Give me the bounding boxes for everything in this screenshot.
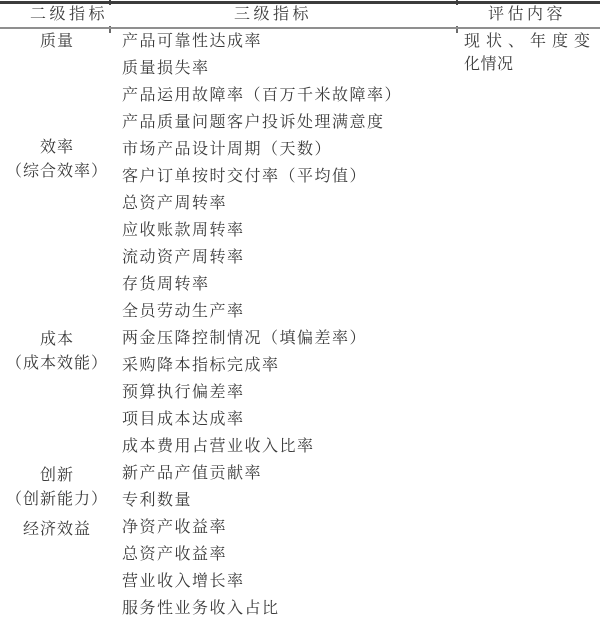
level3-row: 预算执行偏差率 xyxy=(122,379,402,406)
level2-group-innovation: 创新 （创新能力） xyxy=(0,464,114,512)
level3-row: 产品质量问题客户投诉处理满意度 xyxy=(122,109,402,136)
level3-row: 总资产周转率 xyxy=(122,190,402,217)
table-header-row: 二级指标 三级指标 评估内容 xyxy=(0,3,600,27)
level2-label: 成本 xyxy=(0,328,114,352)
level3-row: 新产品产值贡献率 xyxy=(122,460,402,487)
level3-row: 总资产收益率 xyxy=(122,541,402,568)
level3-row: 专利数量 xyxy=(122,487,402,514)
level2-label: 质量 xyxy=(0,28,114,55)
level3-row: 服务性业务收入占比 xyxy=(122,595,402,622)
level3-row: 市场产品设计周期（天数） xyxy=(122,136,402,163)
evaluation-content: 现状、年度变 化情况 xyxy=(464,30,596,76)
level3-row: 净资产收益率 xyxy=(122,514,402,541)
level3-row: 两金压降控制情况（填偏差率） xyxy=(122,325,402,352)
level3-row: 产品运用故障率（百万千米故障率） xyxy=(122,82,402,109)
level2-group-quality: 质量 xyxy=(0,28,114,55)
level3-row: 客户订单按时交付率（平均值） xyxy=(122,163,402,190)
level3-row: 采购降本指标完成率 xyxy=(122,352,402,379)
level2-sublabel: （成本效能） xyxy=(0,352,114,376)
level3-row: 项目成本达成率 xyxy=(122,406,402,433)
level3-row: 成本费用占营业收入比率 xyxy=(122,433,402,460)
level3-row: 应收账款周转率 xyxy=(122,217,402,244)
level2-label: 经济效益 xyxy=(0,516,114,543)
level2-label: 创新 xyxy=(0,464,114,488)
evaluation-line: 现状、年度变 xyxy=(464,30,596,53)
level3-row: 存货周转率 xyxy=(122,271,402,298)
header-level3-indicator: 三级指标 xyxy=(234,3,312,27)
header-level2-indicator: 二级指标 xyxy=(30,3,108,27)
level2-sublabel: （创新能力） xyxy=(0,488,114,512)
level2-group-economic-benefit: 经济效益 xyxy=(0,516,114,543)
header-evaluation-content: 评估内容 xyxy=(488,3,566,27)
level3-row: 流动资产周转率 xyxy=(122,244,402,271)
level3-row: 质量损失率 xyxy=(122,55,402,82)
evaluation-line: 化情况 xyxy=(464,53,596,76)
level3-row: 全员劳动生产率 xyxy=(122,298,402,325)
indicator-table-page: 二级指标 三级指标 评估内容 质量 效率 （综合效率） 成本 （成本效能） 创新… xyxy=(0,0,600,626)
level2-group-cost: 成本 （成本效能） xyxy=(0,328,114,376)
level3-column: 产品可靠性达成率 质量损失率 产品运用故障率（百万千米故障率） 产品质量问题客户… xyxy=(122,28,402,622)
level2-group-efficiency: 效率 （综合效率） xyxy=(0,136,114,184)
level3-row: 产品可靠性达成率 xyxy=(122,28,402,55)
level2-label: 效率 xyxy=(0,136,114,160)
level2-sublabel: （综合效率） xyxy=(0,160,114,184)
level3-row: 营业收入增长率 xyxy=(122,568,402,595)
